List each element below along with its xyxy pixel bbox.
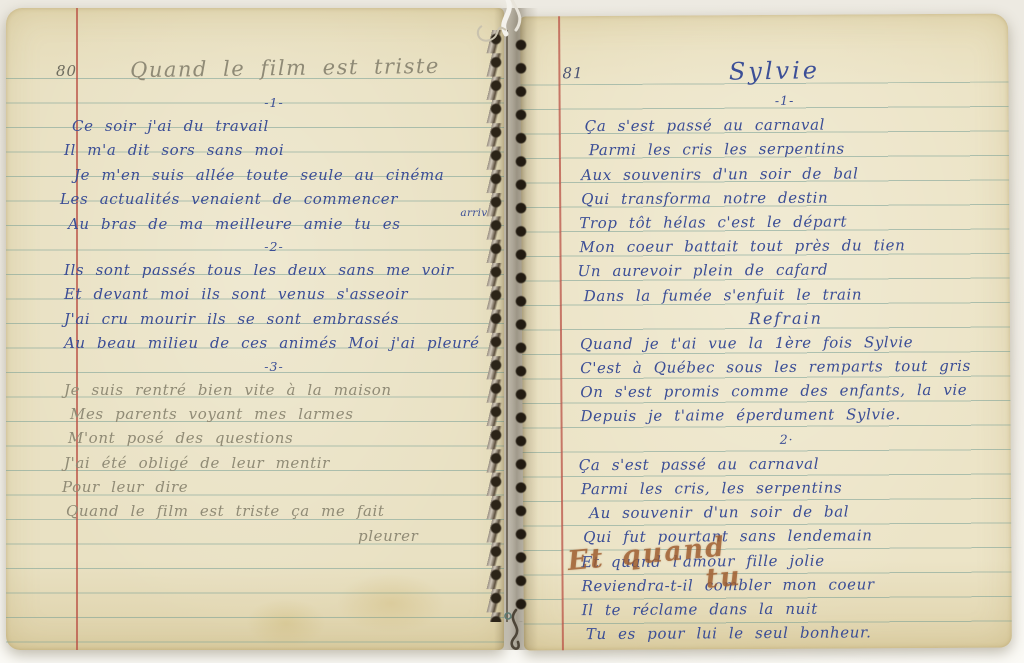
lyric-text: Mes parents voyant mes larmes	[70, 405, 354, 423]
lyric-text: Tu es pour lui le seul bonheur.	[586, 623, 872, 643]
lyric-text: Un aurevoir plein de cafard	[578, 261, 829, 281]
lyric-line: Ils sont passés tous les deux sans me vo…	[58, 258, 490, 282]
lyric-line: Tu es pour lui le seul bonheur.	[576, 620, 1000, 647]
lyric-line: Quand je t'ai vue la 1ère fois Sylvie	[574, 329, 998, 356]
lyric-text: Il m'a dit sors sans moi	[64, 141, 284, 159]
lyric-text: Les actualités venaient de commencer	[60, 190, 398, 208]
lyric-line: Je suis rentré bien vite à la maison	[58, 378, 490, 402]
lyric-line: Aux souvenirs d'un soir de bal	[573, 160, 997, 187]
lyric-line: Un aurevoir plein de cafard	[574, 257, 998, 284]
lyric-text: Ça s'est passé au carnaval	[585, 116, 825, 135]
lyric-text: Parmi les cris les serpentins	[589, 140, 845, 160]
lyric-line: M'ont posé des questions	[58, 426, 490, 450]
lyric-text: Parmi les cris, les serpentins	[581, 479, 842, 499]
lyric-line: Au beau milieu de ces animés Moi j'ai pl…	[58, 331, 490, 355]
lyric-line: Au souvenir d'un soir de bal	[575, 499, 999, 526]
wire-end-loop	[496, 608, 536, 658]
lyric-line: Ce soir j'ai du travail	[58, 114, 490, 138]
spiral-binding	[483, 30, 535, 622]
lyric-text: Refrain	[749, 308, 823, 327]
lyric-line: Refrain	[574, 305, 998, 332]
lyric-line: Dans la fumée s'enfuit le train	[574, 281, 998, 308]
lyric-text: Qui transforma notre destin	[581, 188, 828, 208]
lyric-text: Aux souvenirs d'un soir de bal	[581, 164, 859, 184]
overwrite-annotation: tu	[704, 564, 742, 591]
lyric-text: Quand le film est triste ça me fait	[66, 502, 385, 520]
lyrics-right: -1- Ça s'est passé au carnaval Parmi les…	[573, 88, 1000, 647]
lyric-line: Ça s'est passé au carnaval	[575, 450, 999, 477]
lyric-text: Trop tôt hélas c'est le départ	[579, 212, 847, 232]
lyric-line: On s'est promis comme des enfants, la vi…	[574, 378, 998, 405]
lyric-line: C'est à Québec sous les remparts tout gr…	[574, 354, 998, 381]
lyric-line: Depuis je t'aime éperdument Sylvie.	[574, 402, 998, 429]
lyric-text: -1-	[775, 93, 794, 108]
lyric-line: Reviendra-t-il combler mon coeur tu	[575, 571, 999, 598]
lyric-line: Parmi les cris les serpentins	[573, 136, 997, 163]
lyric-text: M'ont posé des questions	[68, 429, 293, 447]
lyric-line: Mon coeur battait tout près du tien	[573, 233, 997, 260]
lyric-line: -1-	[58, 92, 490, 114]
lyric-line: -3-	[58, 356, 490, 378]
lyric-text: C'est à Québec sous les remparts tout gr…	[580, 357, 971, 377]
lyric-line: Et quand l'amour fille jolie Et quand	[575, 547, 999, 574]
lyric-line: pleurer	[58, 524, 490, 548]
lyric-line: Je m'en suis allée toute seule au cinéma	[58, 163, 490, 187]
lyric-line: Il te réclame dans la nuit	[576, 596, 1000, 623]
lyric-line: J'ai cru mourir ils se sont embrassés	[58, 307, 490, 331]
lyric-text: Et devant moi ils sont venus s'asseoir	[64, 285, 408, 303]
lyric-line: J'ai été obligé de leur mentir	[58, 451, 490, 475]
lyric-line: -2-	[58, 236, 490, 258]
lyric-text: Au bras de ma meilleure amie tu es	[68, 215, 401, 233]
lyric-text: J'ai été obligé de leur mentir	[64, 454, 330, 472]
lyric-line: Qui transforma notre destin	[573, 184, 997, 211]
lyric-text: Ce soir j'ai du travail	[72, 117, 269, 135]
lyric-line: Mes parents voyant mes larmes	[58, 402, 490, 426]
lyric-text: Je m'en suis allée toute seule au cinéma	[74, 166, 444, 184]
lyric-text: J'ai cru mourir ils se sont embrassés	[64, 310, 399, 328]
lyric-text: Ils sont passés tous les deux sans me vo…	[64, 261, 454, 279]
lyric-text: Mon coeur battait tout près du tien	[579, 236, 905, 256]
string-tag	[468, 0, 548, 60]
lyric-text: Je suis rentré bien vite à la maison	[64, 381, 392, 399]
lyric-line: Pour leur dire	[58, 475, 490, 499]
lyric-text: pleurer	[358, 527, 418, 545]
page-number-left: 80	[56, 62, 77, 80]
lyric-text: Dans la fumée s'enfuit le train	[584, 285, 862, 305]
lyric-line: Ça s'est passé au carnaval	[573, 112, 997, 139]
song-title-left: Quand le film est triste	[106, 54, 464, 83]
lyric-line: Il m'a dit sors sans moi	[58, 138, 490, 162]
lyric-text: On s'est promis comme des enfants, la vi…	[580, 381, 967, 401]
lyric-text: Au souvenir d'un soir de bal	[589, 503, 849, 523]
lyric-text: Ça s'est passé au carnaval	[579, 454, 819, 473]
lyric-line: Trop tôt hélas c'est le départ	[573, 209, 997, 236]
paper-stain	[336, 573, 446, 633]
notebook-page-right: 81 Sylvie -1- Ça s'est passé au carnaval…	[520, 14, 1012, 651]
lyric-line: Quand le film est triste ça me fait	[58, 499, 490, 523]
lyric-text: -2-	[264, 239, 283, 254]
lyric-text: Au beau milieu de ces animés Moi j'ai pl…	[64, 334, 480, 352]
lyric-line: -1-	[573, 88, 997, 115]
lyric-text: Pour leur dire	[62, 478, 188, 496]
lyric-text: -3-	[264, 359, 283, 374]
lyric-text: -1-	[264, 95, 283, 110]
notebook-photo: 80 Quand le film est triste -1- Ce soir …	[0, 0, 1024, 663]
lyric-line: Et devant moi ils sont venus s'asseoir	[58, 282, 490, 306]
lyrics-left: -1- Ce soir j'ai du travail Il m'a dit s…	[58, 92, 490, 548]
red-margin-line	[558, 16, 563, 650]
paper-stain	[246, 598, 326, 648]
lyric-text: Il te réclame dans la nuit	[582, 600, 818, 619]
lyric-line: 2·	[575, 426, 999, 453]
lyric-text: Quand je t'ai vue la 1ère fois Sylvie	[580, 333, 913, 353]
lyric-line: Au bras de ma meilleure amie tu es arriv…	[58, 212, 490, 236]
song-title-right: Sylvie	[580, 54, 968, 88]
lyric-line: Parmi les cris, les serpentins	[575, 475, 999, 502]
lyric-text: Depuis je t'aime éperdument Sylvie.	[580, 406, 900, 426]
notebook-page-left: 80 Quand le film est triste -1- Ce soir …	[6, 8, 504, 650]
lyric-text: 2·	[780, 431, 794, 446]
lyric-line: Les actualités venaient de commencer	[58, 187, 490, 211]
